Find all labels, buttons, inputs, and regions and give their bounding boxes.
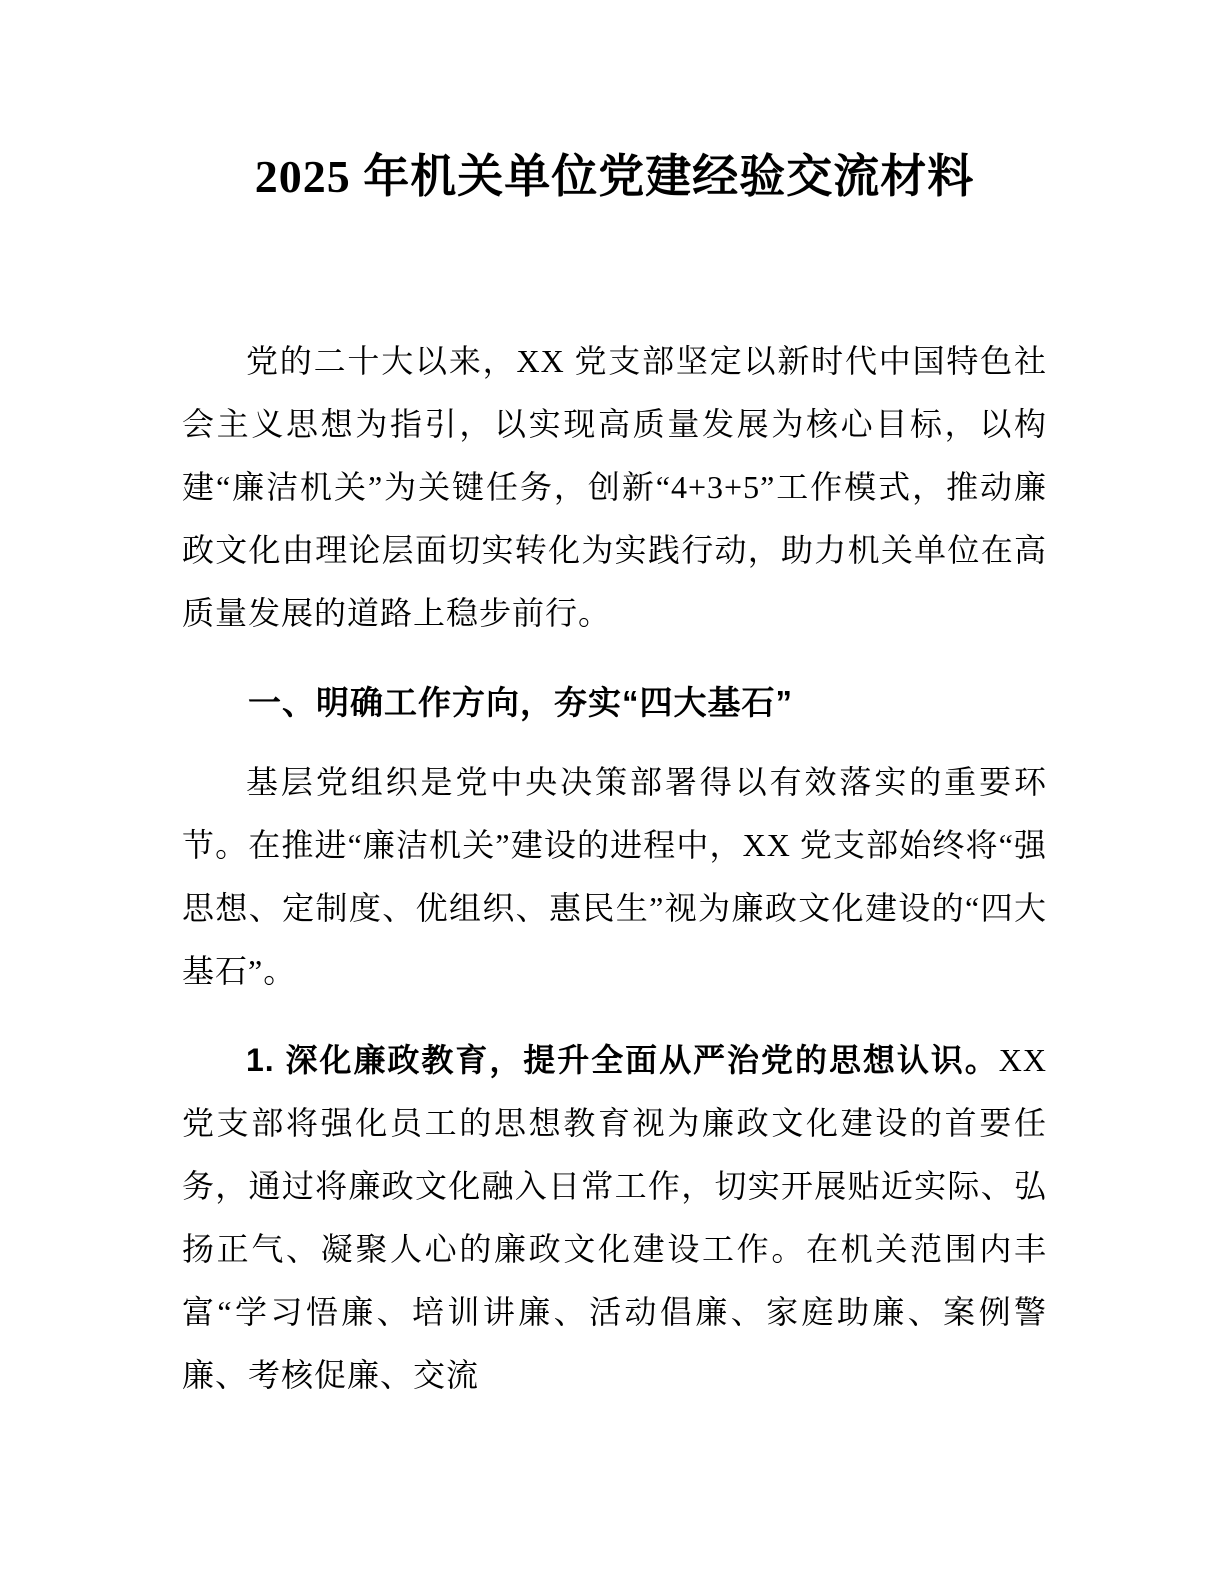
section-1-paragraph: 基层党组织是党中央决策部署得以有效落实的重要环节。在推进“廉洁机关”建设的进程中…: [182, 751, 1047, 1003]
intro-paragraph: 党的二十大以来，XX 党支部坚定以新时代中国特色社会主义思想为指引，以实现高质量…: [182, 330, 1047, 645]
document-page: 2025 年机关单位党建经验交流材料 党的二十大以来，XX 党支部坚定以新时代中…: [0, 0, 1224, 1584]
item-1-body-text: XX 党支部将强化员工的思想教育视为廉政文化建设的首要任务，通过将廉政文化融入日…: [182, 1042, 1047, 1393]
section-1-item-1-paragraph: 1. 深化廉政教育，提升全面从严治党的思想认识。XX 党支部将强化员工的思想教育…: [182, 1029, 1047, 1407]
item-1-lead-text: 1. 深化廉政教育，提升全面从严治党的思想认识。: [246, 1042, 999, 1078]
document-title: 2025 年机关单位党建经验交流材料: [182, 147, 1047, 207]
section-1-heading: 一、明确工作方向，夯实“四大基石”: [182, 671, 1047, 734]
